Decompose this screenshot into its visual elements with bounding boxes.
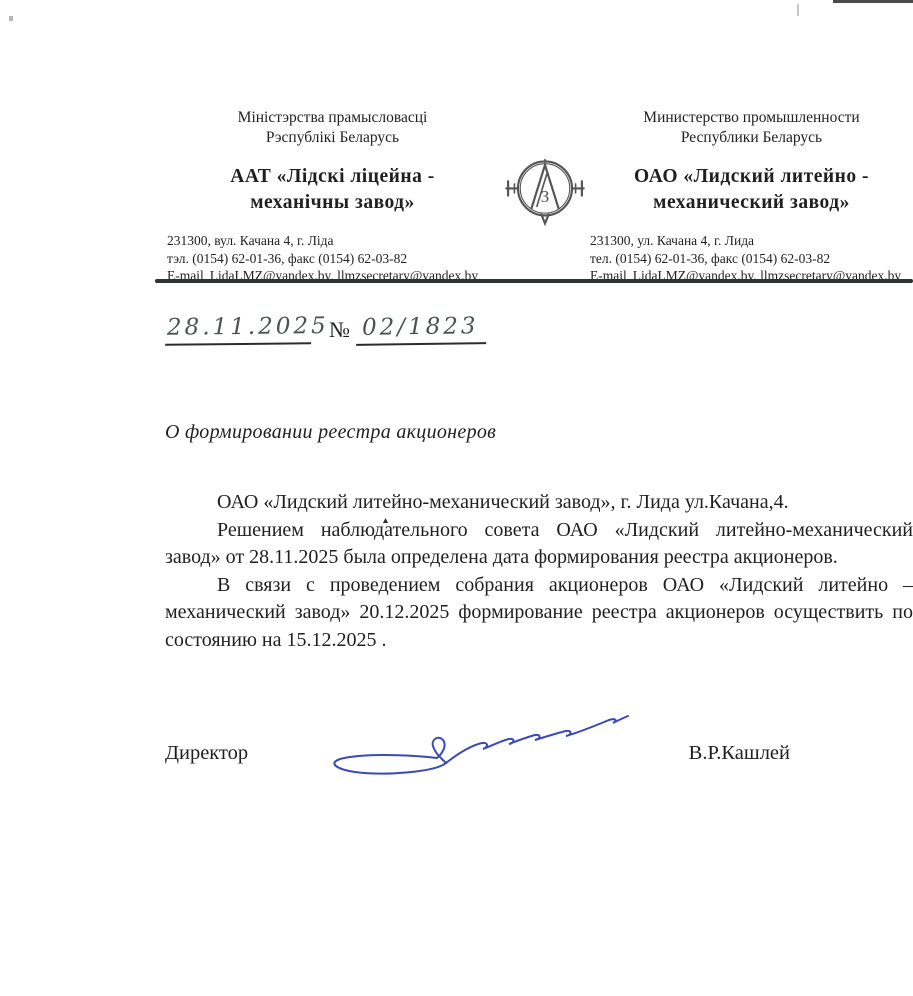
scan-edge-artifact	[833, 0, 913, 3]
handwritten-number: 02/1823	[356, 313, 486, 346]
letter-body: ОАО «Лидский литейно-механический завод»…	[165, 489, 913, 654]
paragraph-2: Решением наблюдательного совета ОАО «Лид…	[165, 517, 913, 572]
company-line2: механічны завод»	[165, 190, 500, 216]
number-sign: №	[329, 317, 350, 343]
lmz-emblem-icon: З	[500, 150, 590, 234]
company-name-by: ААТ «Лідскі ліцейна - механічны завод»	[165, 164, 500, 216]
company-line1: ОАО «Лидский литейно -	[590, 164, 913, 190]
address-line: 231300, ул. Качана 4, г. Лида	[590, 232, 913, 250]
paragraph-1: ОАО «Лидский литейно-механический завод»…	[165, 489, 913, 517]
signer-name: В.Р.Кашлей	[689, 742, 790, 765]
ministry-name-by: Міністэрства прамысловасці Рэспублікі Бе…	[165, 108, 500, 148]
phone-line: тэл. (0154) 62-01-36, факс (0154) 62-03-…	[167, 250, 500, 268]
company-name-ru: ОАО «Лидский литейно - механический заво…	[590, 164, 913, 216]
ministry-line1: Міністэрства прамысловасці	[165, 108, 500, 128]
letterhead: Міністэрства прамысловасці Рэспублікі Бе…	[165, 108, 913, 285]
reference-line: 28.11.2025 № 02/1823	[165, 314, 486, 345]
scan-speck	[9, 16, 13, 21]
subject-line: О формировании реестра акционеров	[165, 421, 496, 444]
signature-row: Директор В.Р.Кашлей	[165, 742, 790, 765]
scan-tick-artifact	[797, 4, 799, 16]
company-line1: ААТ «Лідскі ліцейна -	[165, 164, 500, 190]
letterhead-left-belarusian: Міністэрства прамысловасці Рэспублікі Бе…	[165, 108, 500, 285]
letterhead-divider	[155, 279, 913, 283]
ministry-line2: Рэспублікі Беларусь	[165, 128, 500, 148]
ministry-line1: Министерство промышленности	[590, 108, 913, 128]
contact-block-ru: 231300, ул. Качана 4, г. Лида тел. (0154…	[590, 232, 913, 285]
signer-title: Директор	[165, 742, 248, 765]
handwritten-date: 28.11.2025	[165, 313, 311, 346]
company-line2: механический завод»	[590, 190, 913, 216]
ministry-name-ru: Министерство промышленности Республики Б…	[590, 108, 913, 148]
phone-line: тел. (0154) 62-01-36, факс (0154) 62-03-…	[590, 250, 913, 268]
paragraph-3: В связи с проведением собрания акционеро…	[165, 572, 913, 655]
company-logo: З	[500, 108, 590, 285]
address-line: 231300, вул. Качана 4, г. Ліда	[167, 232, 500, 250]
logo-letter: З	[541, 187, 550, 206]
letterhead-right-russian: Министерство промышленности Республики Б…	[590, 108, 913, 285]
contact-block-by: 231300, вул. Качана 4, г. Ліда тэл. (015…	[165, 232, 500, 285]
ministry-line2: Республики Беларусь	[590, 128, 913, 148]
scanned-letter-page: Міністэрства прамысловасці Рэспублікі Бе…	[0, 0, 913, 996]
